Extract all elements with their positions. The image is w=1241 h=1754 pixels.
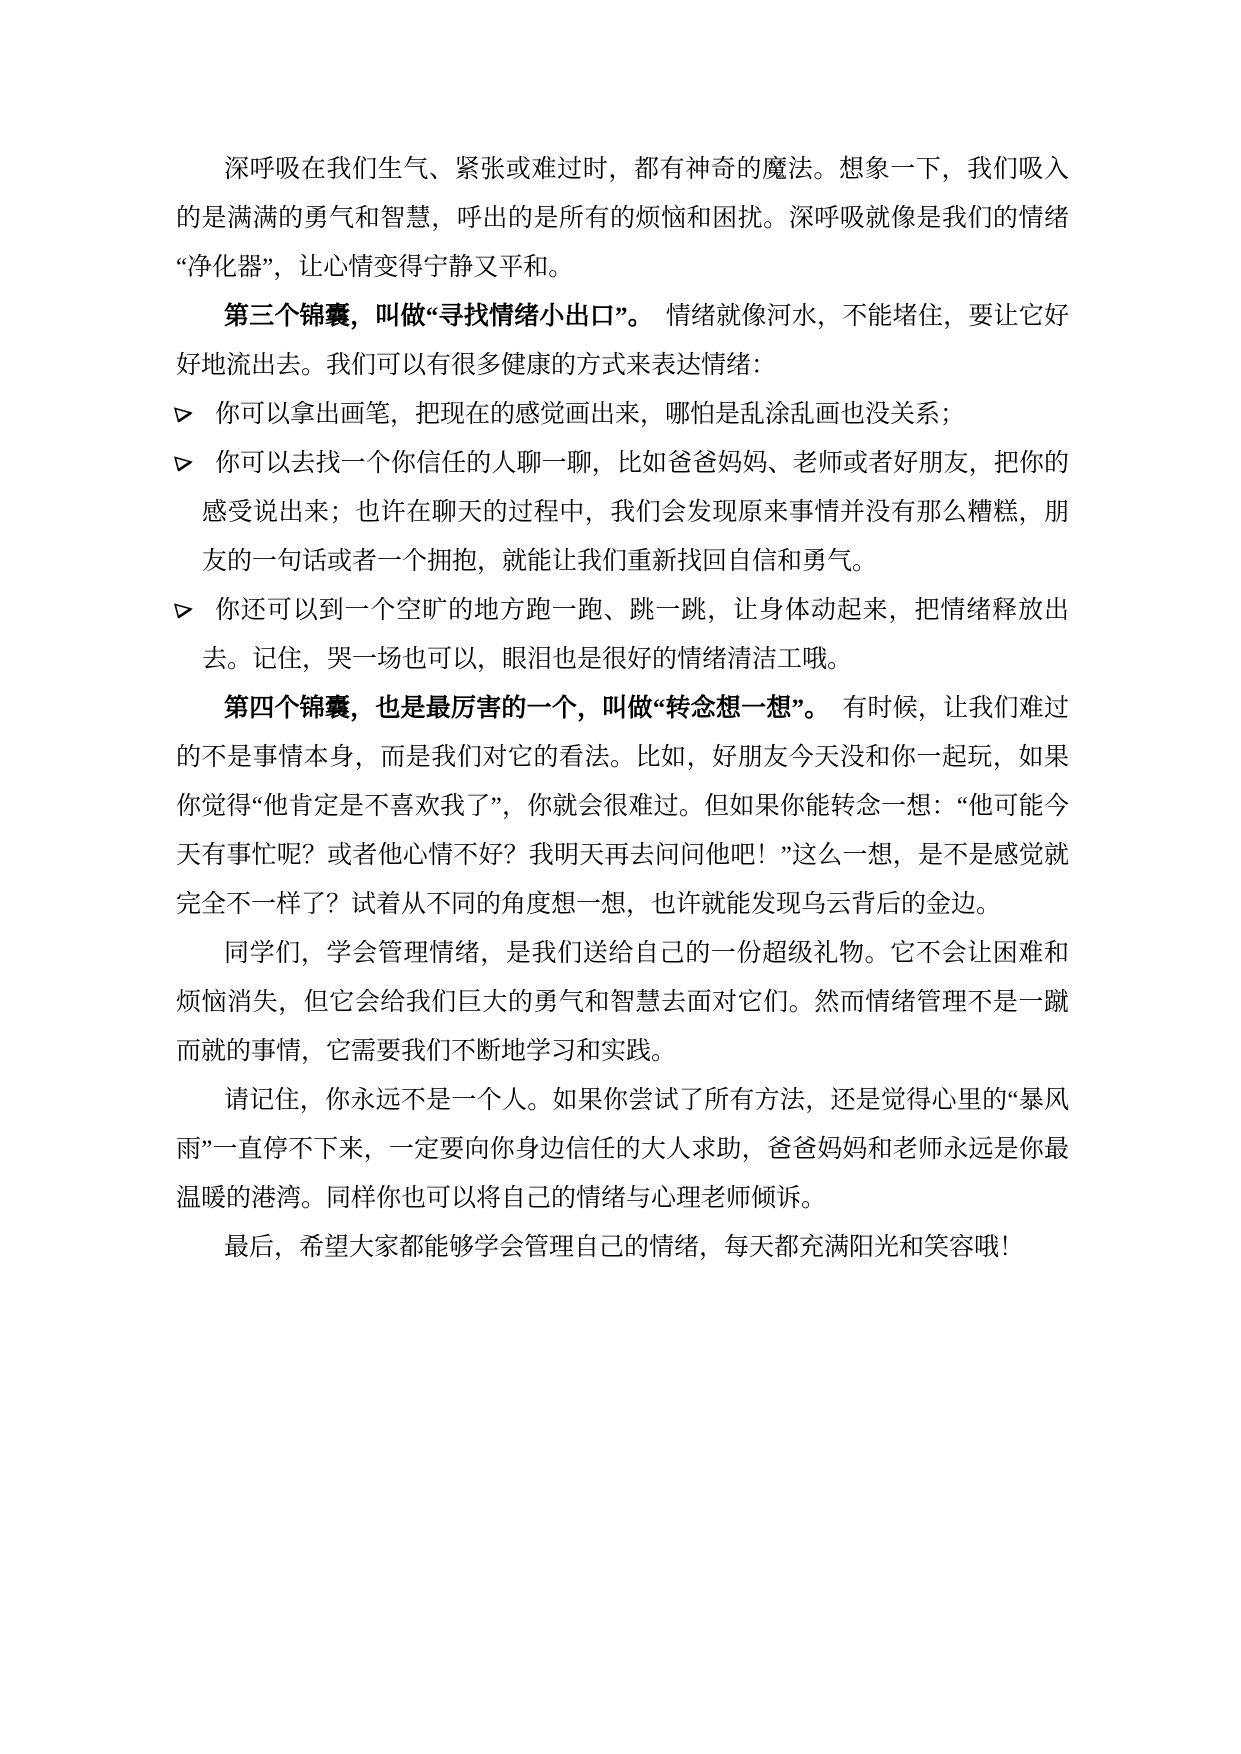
bullet-arrowhead-icon xyxy=(172,403,194,425)
text-run: 最后，希望大家都能够学会管理自己的情绪，每天都充满阳光和笑容哦！ xyxy=(224,1234,1024,1261)
text-run: 你可以去找一个你信任的人聊一聊，比如爸爸妈妈、老师或者好朋友，把你的感受说出来；… xyxy=(202,450,1069,575)
paragraph: 第四个锦囊，也是最厉害的一个，叫做“转念想一想”。 有时候，让我们难过的不是事情… xyxy=(176,684,1069,929)
text-run: 同学们，学会管理情绪，是我们送给自己的一份超级礼物。它不会让困难和烦恼消失，但它… xyxy=(176,940,1069,1065)
bullet-item: 你可以去找一个你信任的人聊一聊，比如爸爸妈妈、老师或者好朋友，把你的感受说出来；… xyxy=(176,439,1069,586)
text-run: 你可以拿出画笔，把现在的感觉画出来，哪怕是乱涂乱画也没关系； xyxy=(215,401,965,428)
paragraph: 第三个锦囊，叫做“寻找情绪小出口”。 情绪就像河水，不能堵住，要让它好好地流出去… xyxy=(176,292,1069,390)
document-page: 深呼吸在我们生气、紧张或难过时，都有神奇的魔法。想象一下，我们吸入的是满满的勇气… xyxy=(0,0,1241,1754)
bullet-item: 你可以拿出画笔，把现在的感觉画出来，哪怕是乱涂乱画也没关系； xyxy=(176,390,1069,439)
text-run: 有时候，让我们难过的不是事情本身，而是我们对它的看法。比如，好朋友今天没和你一起… xyxy=(176,695,1069,918)
paragraph: 最后，希望大家都能够学会管理自己的情绪，每天都充满阳光和笑容哦！ xyxy=(176,1223,1069,1272)
bold-text-run: 第四个锦囊，也是最厉害的一个，叫做“转念想一想”。 xyxy=(224,695,817,722)
text-run: 请记住，你永远不是一个人。如果你尝试了所有方法，还是觉得心里的“暴风雨”一直停不… xyxy=(176,1087,1069,1212)
document-content: 深呼吸在我们生气、紧张或难过时，都有神奇的魔法。想象一下，我们吸入的是满满的勇气… xyxy=(176,145,1069,1272)
bold-text-run: 第三个锦囊，叫做“寻找情绪小出口”。 xyxy=(224,303,640,330)
text-run: 深呼吸在我们生气、紧张或难过时，都有神奇的魔法。想象一下，我们吸入的是满满的勇气… xyxy=(176,156,1069,281)
paragraph: 深呼吸在我们生气、紧张或难过时，都有神奇的魔法。想象一下，我们吸入的是满满的勇气… xyxy=(176,145,1069,292)
bullet-item: 你还可以到一个空旷的地方跑一跑、跳一跳，让身体动起来，把情绪释放出去。记住，哭一… xyxy=(176,586,1069,684)
paragraph: 同学们，学会管理情绪，是我们送给自己的一份超级礼物。它不会让困难和烦恼消失，但它… xyxy=(176,929,1069,1076)
bullet-arrowhead-icon xyxy=(172,599,194,621)
paragraph: 请记住，你永远不是一个人。如果你尝试了所有方法，还是觉得心里的“暴风雨”一直停不… xyxy=(176,1076,1069,1223)
text-run: 你还可以到一个空旷的地方跑一跑、跳一跳，让身体动起来，把情绪释放出去。记住，哭一… xyxy=(202,597,1069,673)
bullet-arrowhead-icon xyxy=(172,452,194,474)
